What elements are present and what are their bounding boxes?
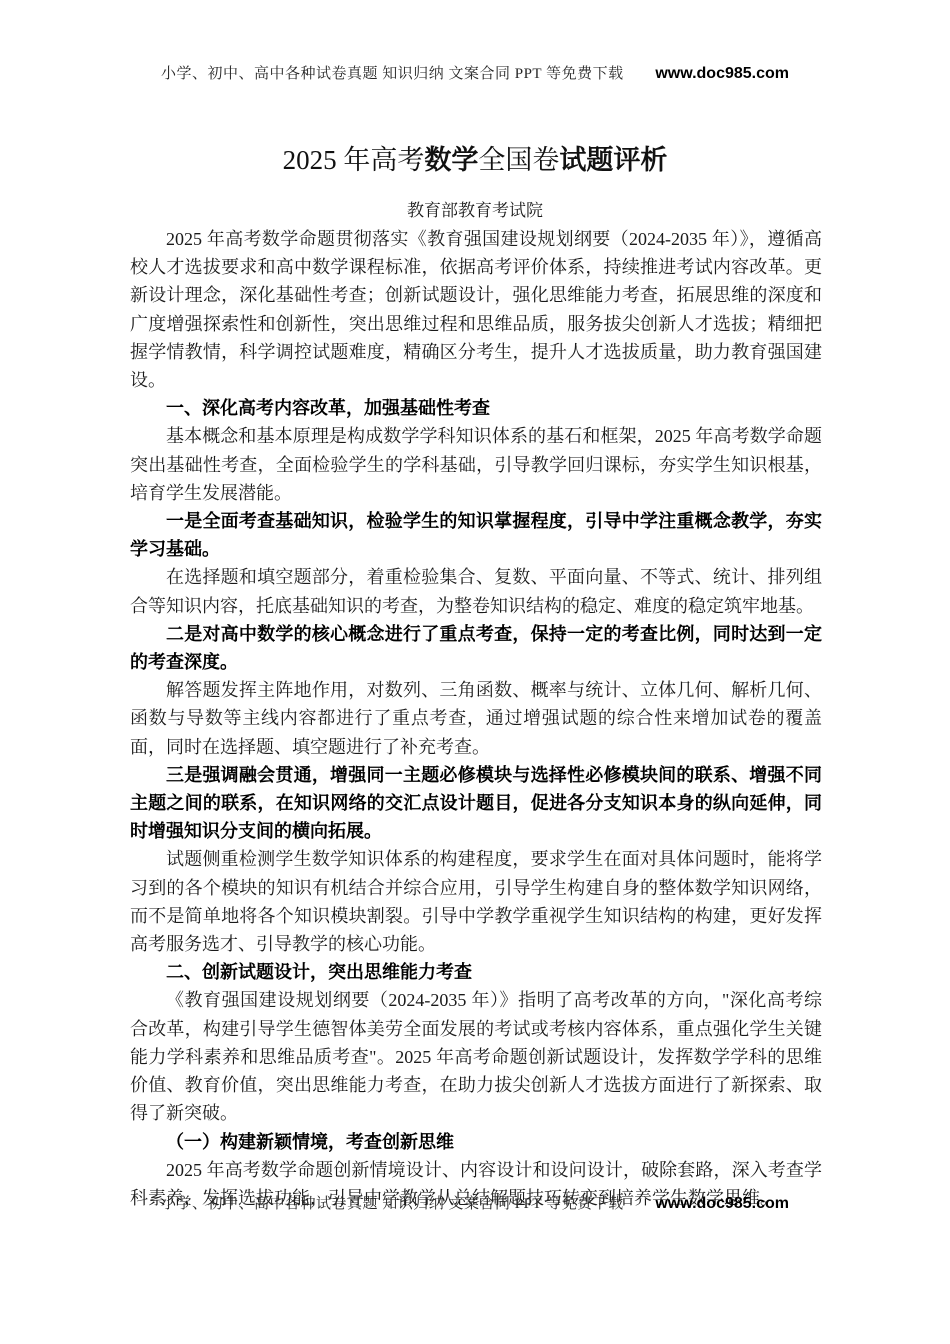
footer-banner: 小学、初中、高中各种试卷真题 知识归纳 文案合同 PPT 等免费下载 www.d… — [0, 1192, 950, 1213]
footer-banner-text: 小学、初中、高中各种试卷真题 知识归纳 文案合同 PPT 等免费下载 — [161, 1196, 624, 1212]
document-page: 小学、初中、高中各种试卷真题 知识归纳 文案合同 PPT 等免费下载 www.d… — [0, 0, 950, 1344]
emphasis-paragraph: 三是强调融会贯通，增强同一主题必修模块与选择性必修模块间的联系、增强不同主题之间… — [130, 761, 822, 846]
header-site-link[interactable]: www.doc985.com — [655, 65, 789, 82]
section-heading: 二、创新试题设计，突出思维能力考查 — [130, 958, 822, 986]
paragraph: 解答题发挥主阵地作用，对数列、三角函数、概率与统计、立体几何、解析几何、函数与导… — [130, 676, 822, 761]
header-banner-text: 小学、初中、高中各种试卷真题 知识归纳 文案合同 PPT 等免费下载 — [161, 66, 624, 82]
emphasis-paragraph: 一是全面考查基础知识，检验学生的知识掌握程度，引导中学注重概念教学，夯实学习基础… — [130, 507, 822, 563]
paragraph: 《教育强国建设规划纲要（2024-2035 年）》指明了高考改革的方向，"深化高… — [130, 986, 822, 1127]
section-heading: 一、深化高考内容改革，加强基础性考查 — [130, 394, 822, 422]
emphasis-paragraph: 二是对高中数学的核心概念进行了重点考查，保持一定的考查比例，同时达到一定的考查深… — [130, 620, 822, 676]
section-heading: （一）构建新颖情境，考查创新思维 — [130, 1128, 822, 1156]
title-segment-analysis: 试题评析 — [559, 145, 667, 175]
page-title: 2025 年高考数学全国卷试题评析 — [0, 142, 950, 178]
document-body: 2025 年高考数学命题贯彻落实《教育强国建设规划纲要（2024-2035 年）… — [130, 225, 822, 1212]
paragraph: 基本概念和基本原理是构成数学学科知识体系的基石和框架，2025 年高考数学命题突… — [130, 422, 822, 507]
paragraph: 试题侧重检测学生数学知识体系的构建程度，要求学生在面对具体问题时，能将学习到的各… — [130, 845, 822, 958]
title-segment-paper: 全国卷 — [478, 145, 559, 175]
title-segment-subject: 数学 — [424, 145, 478, 175]
paragraph: 2025 年高考数学命题贯彻落实《教育强国建设规划纲要（2024-2035 年）… — [130, 225, 822, 394]
footer-site-link[interactable]: www.doc985.com — [655, 1195, 789, 1212]
paragraph: 在选择题和填空题部分，着重检验集合、复数、平面向量、不等式、统计、排列组合等知识… — [130, 563, 822, 619]
header-banner: 小学、初中、高中各种试卷真题 知识归纳 文案合同 PPT 等免费下载 www.d… — [0, 62, 950, 83]
title-segment-year: 2025 年高考 — [283, 145, 425, 175]
author-line: 教育部教育考试院 — [0, 196, 950, 221]
